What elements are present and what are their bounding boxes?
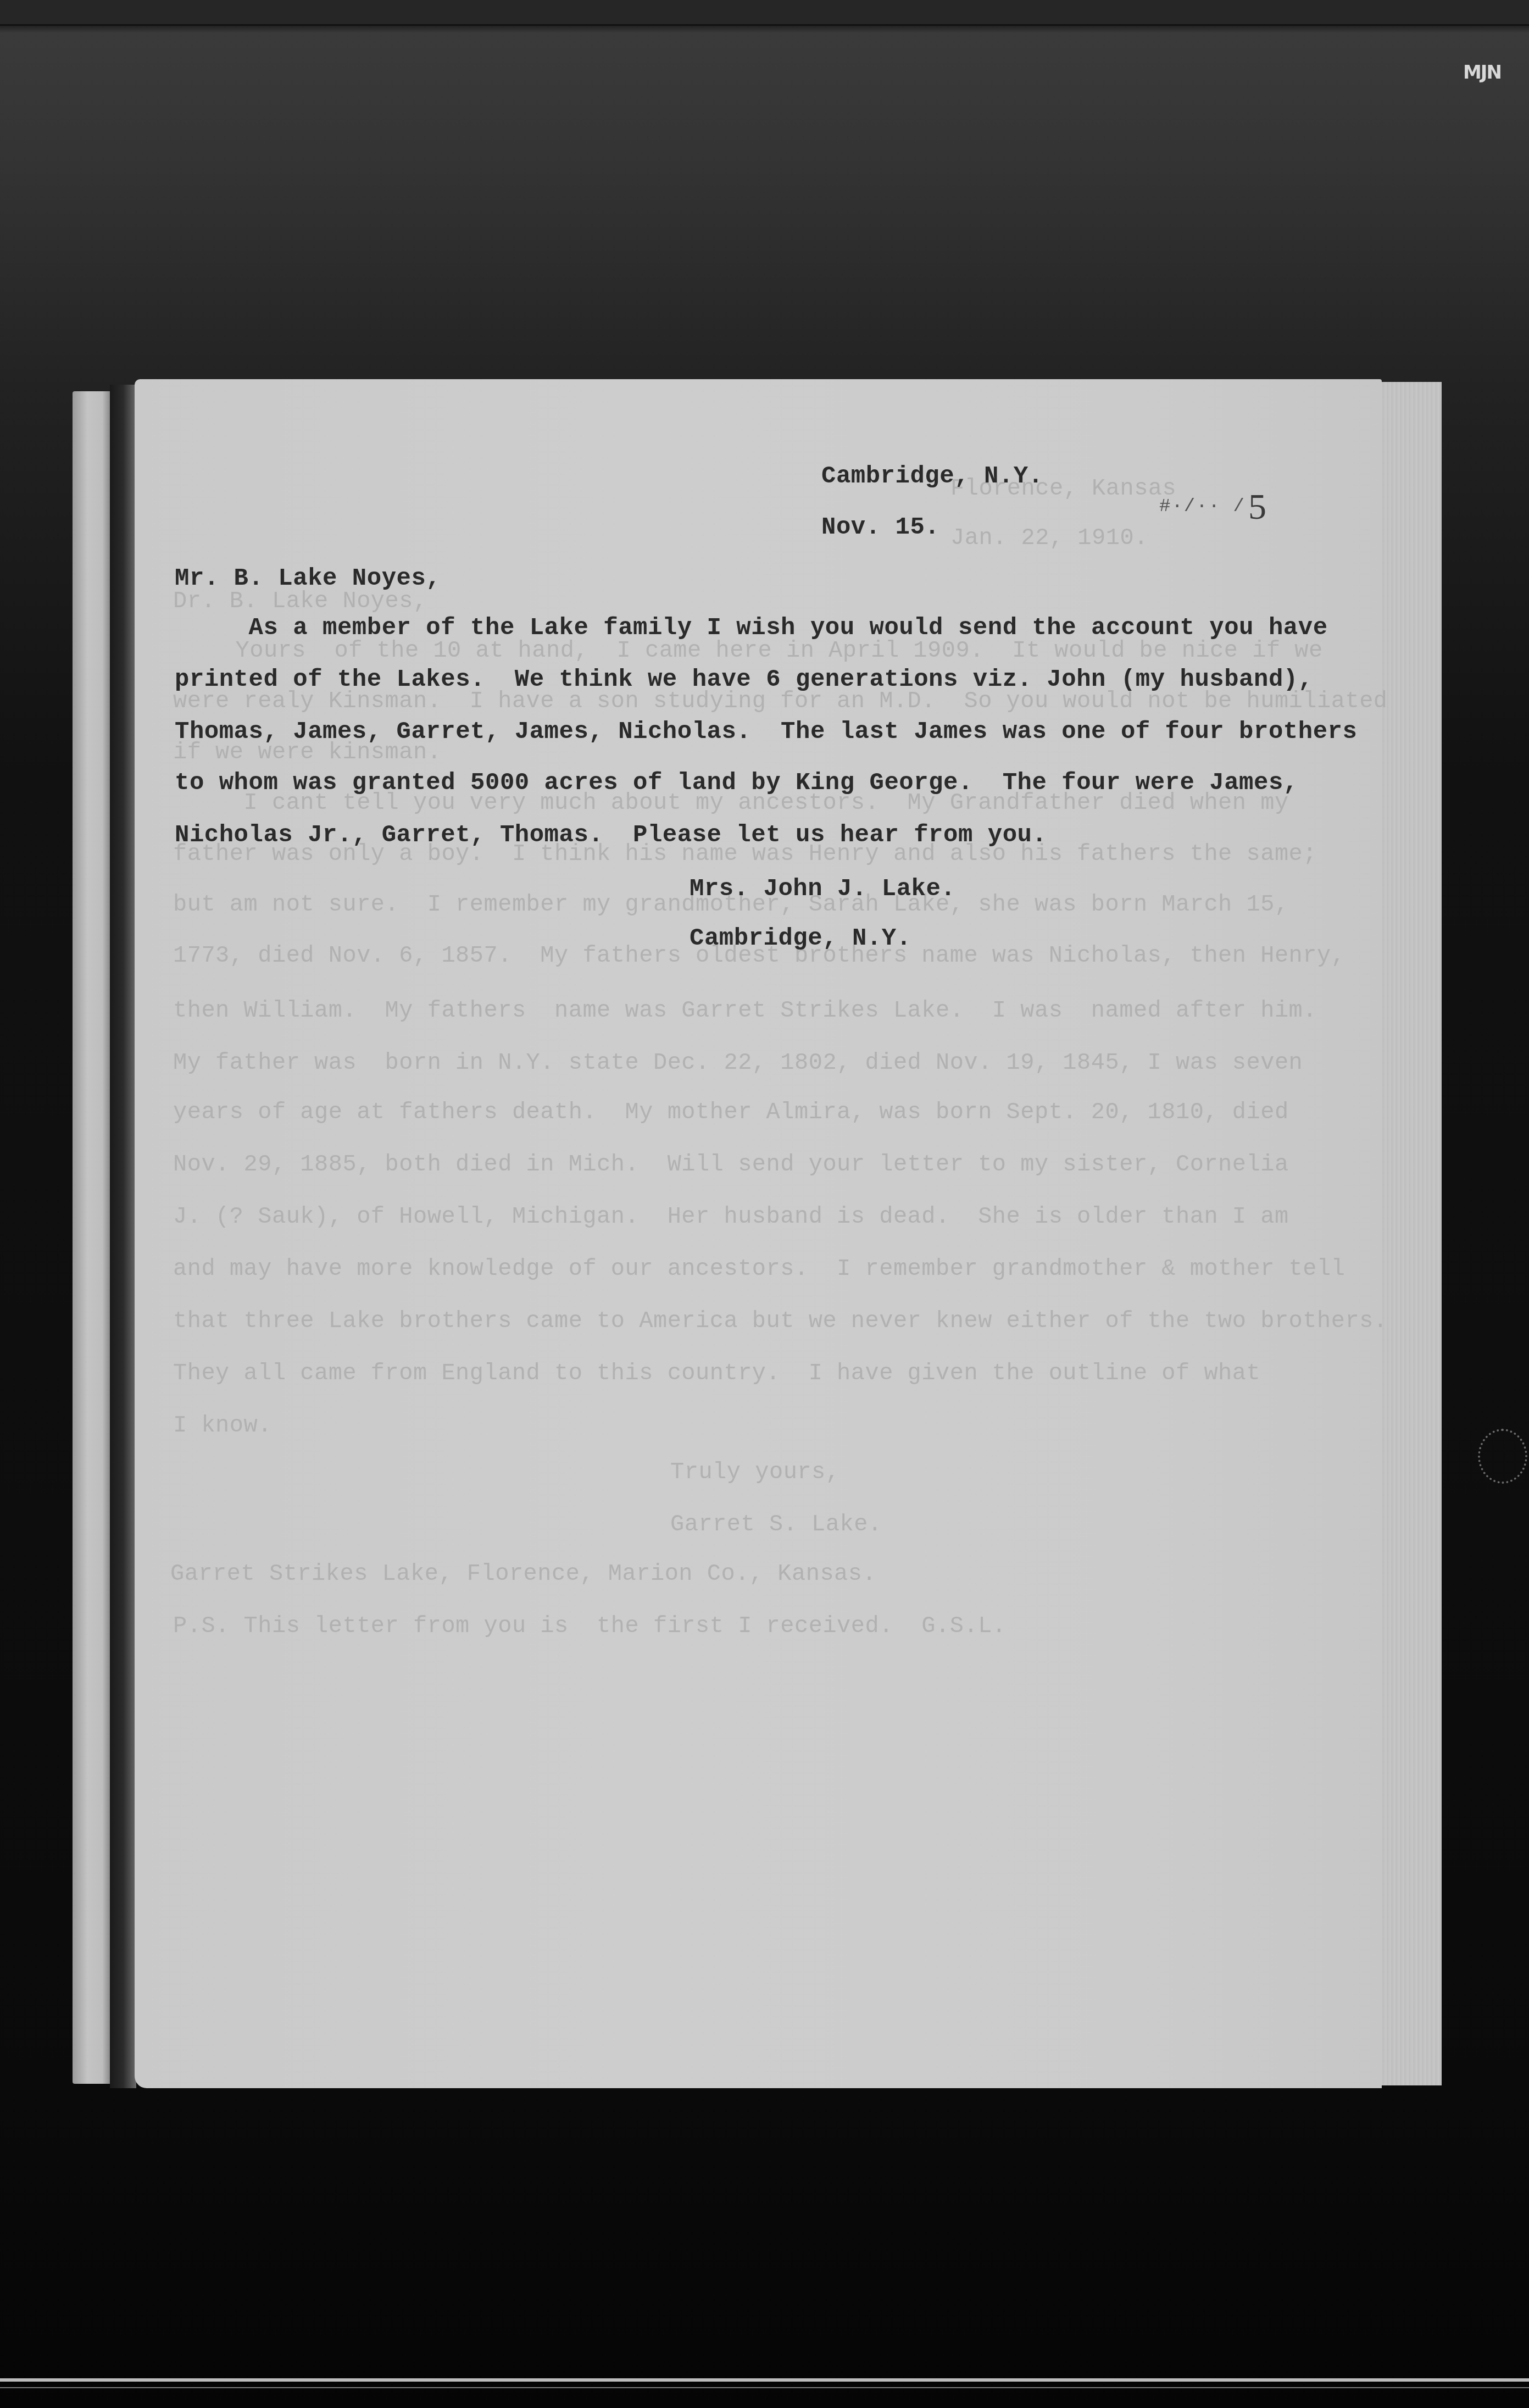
page-stack-edge (1379, 382, 1442, 2085)
microfilm-top-edge (0, 0, 1529, 26)
stamp-mark: #·/·· / (1159, 496, 1246, 517)
book-gutter (110, 385, 136, 2088)
letter-place: Cambridge, N.Y. (821, 463, 1043, 490)
letter-date: Nov. 15. (821, 514, 939, 541)
microfilm-bottom-line (0, 2387, 1529, 2388)
body-line: printed of the Lakes. We think we have 6… (175, 666, 1313, 693)
left-page-edge (73, 391, 110, 2084)
signature-place: Cambridge, N.Y. (690, 925, 911, 952)
bleed-line: that three Lake brothers came to America… (173, 1308, 1388, 1334)
microfilm-bottom-edge (0, 2378, 1529, 2382)
salutation: Mr. B. Lake Noyes, (175, 565, 441, 592)
body-line: to whom was granted 5000 acres of land b… (175, 769, 1298, 797)
bleed-signature: Garret S. Lake. (670, 1511, 882, 1538)
bleed-line: Nov. 29, 1885, both died in Mich. Will s… (173, 1151, 1289, 1178)
bleed-line: J. (? Sauk), of Howell, Michigan. Her hu… (173, 1203, 1289, 1230)
body-line: Nicholas Jr., Garret, Thomas. Please let… (175, 822, 1047, 849)
bleed-line: years of age at fathers death. My mother… (173, 1099, 1289, 1125)
bleed-line: They all came from England to this count… (173, 1360, 1260, 1386)
bleed-address: Garret Strikes Lake, Florence, Marion Co… (170, 1561, 876, 1587)
page-number: 5 (1248, 486, 1266, 528)
punch-hole (1478, 1429, 1527, 1484)
body-line: Thomas, James, Garret, James, Nicholas. … (175, 718, 1357, 746)
bleed-line: then William. My fathers name was Garret… (173, 997, 1317, 1024)
bleed-closing: Truly yours, (670, 1459, 839, 1485)
body-line: As a member of the Lake family I wish yo… (175, 614, 1328, 642)
bleed-date: Jan. 22, 1910. (950, 525, 1148, 551)
bleed-line: My father was born in N.Y. state Dec. 22… (173, 1050, 1303, 1076)
bleed-line: and may have more knowledge of our ances… (173, 1256, 1345, 1282)
bleed-postscript: P.S. This letter from you is the first I… (173, 1613, 1007, 1639)
microfilm-corner-mark: MJN (1463, 62, 1501, 84)
signature: Mrs. John J. Lake. (690, 875, 955, 903)
bleed-line: I know. (173, 1412, 272, 1439)
